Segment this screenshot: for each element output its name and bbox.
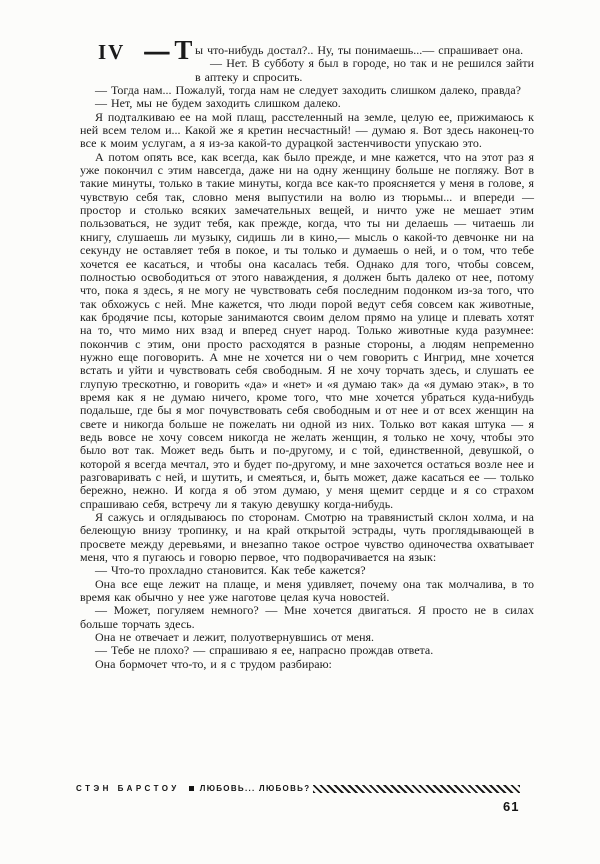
running-footer: СТЭН БАРСТОУ ЛЮБОВЬ... ЛЮБОВЬ? bbox=[76, 784, 520, 793]
paragraph: — Тебе не плохо? — спрашиваю я ее, напра… bbox=[80, 644, 534, 657]
paragraph: Она все еще лежит на плаще, и меня удивл… bbox=[80, 578, 534, 605]
page-number: 61 bbox=[503, 799, 519, 814]
paragraph: — Тогда нам... Пожалуй, тогда нам не сле… bbox=[80, 84, 534, 97]
chapter-numeral: IV bbox=[98, 46, 125, 59]
opening-paragraph: IV — Т ы что-нибудь достал?.. Ну, ты пон… bbox=[80, 44, 534, 57]
paragraph: Я сажусь и оглядываюсь по сторонам. Смот… bbox=[80, 511, 534, 564]
paragraph: — Может, погуляем немного? — Мне хочется… bbox=[80, 604, 534, 631]
paragraph: А потом опять все, как всегда, как было … bbox=[80, 151, 534, 511]
paragraph: Она не отвечает и лежит, полуотвернувшис… bbox=[80, 631, 534, 644]
book-page: IV — Т ы что-нибудь достал?.. Ну, ты пон… bbox=[0, 0, 600, 864]
paragraph: Я подталкиваю ее на мой плащ, расстеленн… bbox=[80, 111, 534, 151]
hatch-rule bbox=[313, 785, 520, 793]
paragraphs: — Нет. В субботу я был в городе, но так … bbox=[80, 57, 534, 671]
em-dash-icon: — bbox=[144, 45, 169, 58]
paragraph: — Нет, мы не будем заходить слишком дале… bbox=[80, 97, 534, 110]
chapter-heading: IV — Т bbox=[80, 44, 195, 71]
paragraph: — Что-то прохладно становится. Как тебе … bbox=[80, 564, 534, 577]
square-separator-icon bbox=[189, 786, 194, 791]
paragraph: Она бормочет что-то, и я с трудом разбир… bbox=[80, 658, 534, 671]
drop-cap: Т bbox=[174, 44, 192, 57]
footer-author: СТЭН БАРСТОУ bbox=[76, 784, 180, 793]
opening-text: ы что-нибудь достал?.. Ну, ты понимаешь.… bbox=[195, 43, 523, 57]
page-text: IV — Т ы что-нибудь достал?.. Ну, ты пон… bbox=[80, 44, 534, 671]
footer-book-title: ЛЮБОВЬ... ЛЮБОВЬ? bbox=[200, 784, 311, 793]
